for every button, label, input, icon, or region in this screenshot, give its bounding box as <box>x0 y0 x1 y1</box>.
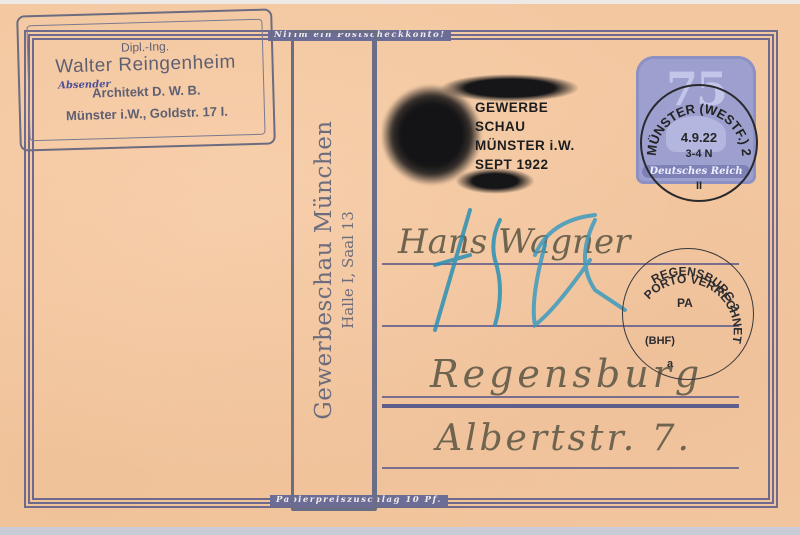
blue-crayon-annotation: 15 Pf <box>395 200 655 340</box>
postcard: Nimm ein Postscheckkonto! Papierpreiszus… <box>0 0 800 527</box>
postmark-date: 4.9.22 <box>642 130 756 145</box>
scan-edge <box>0 0 800 4</box>
svg-text:PA: PA <box>677 296 693 310</box>
address-line-thick <box>382 404 739 408</box>
exhibition-hall: Halle I, Saal 13 <box>338 120 358 419</box>
recipient-street: Albertstr. 7. <box>436 418 692 459</box>
postmark-time: 3-4 N <box>642 148 756 160</box>
address-line <box>382 396 739 398</box>
muenster-postmark: MÜNSTER (WESTF.) 2 4.9.22 3-4 N II <box>640 84 758 202</box>
postmark-code: II <box>642 180 756 192</box>
svg-text:15 Pf: 15 Pf <box>395 200 436 204</box>
exhibition-name: Gewerbeschau München <box>310 120 338 419</box>
slogan-cancel: GEWERBE SCHAU MÜNSTER i.W. SEPT 1922 <box>475 98 575 174</box>
address-line <box>382 467 739 469</box>
sender-stamp: Dipl.-Ing. Walter Reingenheim Architekt … <box>16 8 276 151</box>
svg-text:a: a <box>667 358 674 370</box>
absender-label: Absender <box>58 79 111 91</box>
porto-verrechnet-stamp: PORTO VERRECHNET REGENSBURG 2 PA (BHF) a <box>622 248 754 380</box>
svg-text:(BHF): (BHF) <box>645 335 675 347</box>
exhibition-stamp: Gewerbeschau München Halle I, Saal 13 <box>291 30 377 511</box>
